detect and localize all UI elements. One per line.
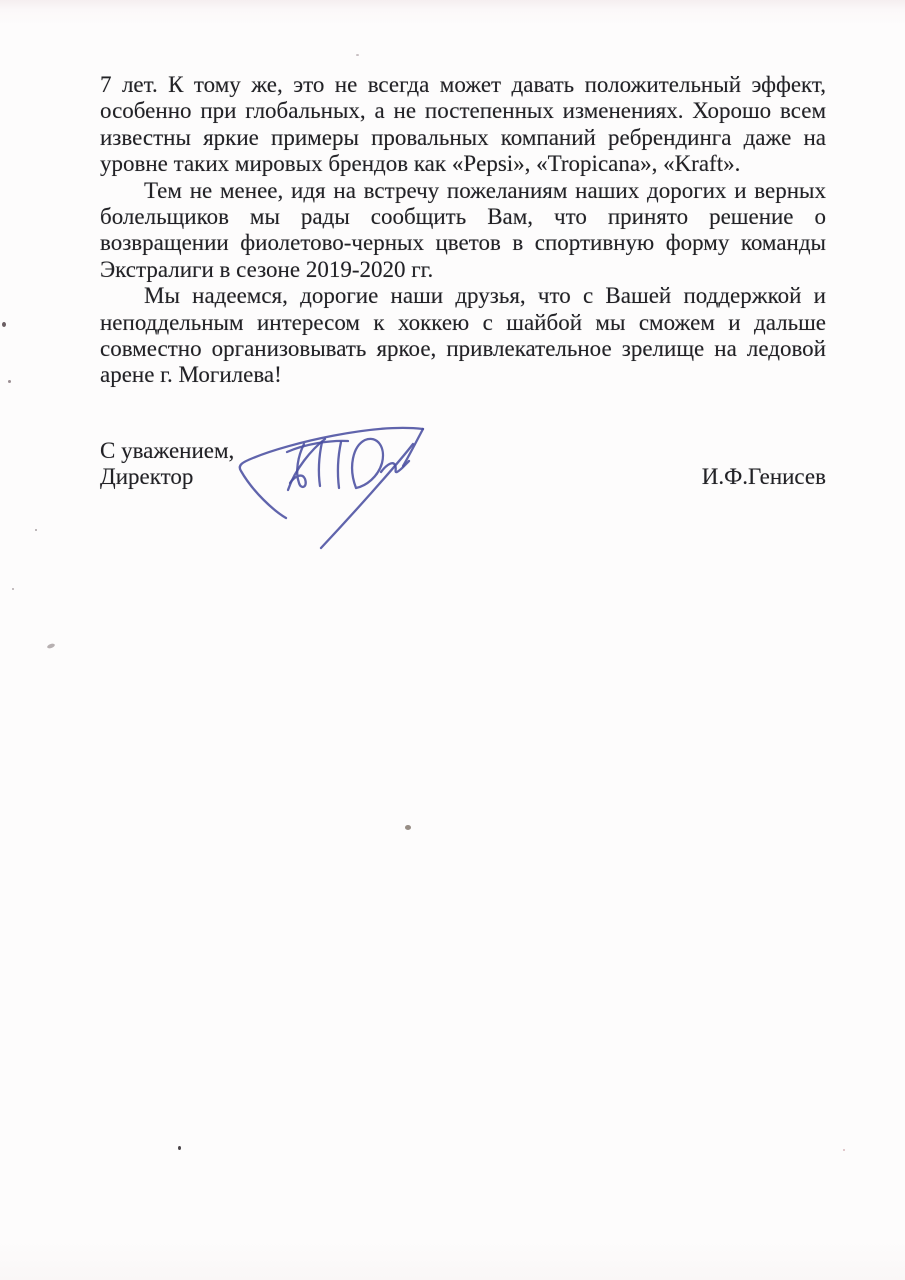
paragraph-3: Мы надеемся, дорогие наши друзья, что с …: [100, 283, 826, 389]
dust-speck: [8, 380, 11, 383]
closing-salutation: С уважением,: [100, 438, 234, 464]
dust-speck: [47, 643, 56, 649]
paragraph-2: Тем не менее, идя на встречу пожеланиям …: [100, 178, 826, 284]
paragraph-1: 7 лет. К тому же, это не всегда может да…: [100, 72, 826, 178]
closing-block: С уважением, Директор И.Ф.Генисев: [100, 438, 826, 491]
dust-speck: [843, 1149, 845, 1151]
signer-position: Директор: [100, 464, 234, 490]
letter-body: 7 лет. К тому же, это не всегда может да…: [100, 72, 826, 491]
closing-left: С уважением, Директор: [100, 438, 234, 491]
dust-speck: [405, 825, 411, 830]
dust-speck: [35, 529, 37, 531]
dust-speck: [2, 322, 6, 327]
dust-speck: [12, 588, 14, 590]
signer-name: И.Ф.Генисев: [702, 464, 826, 490]
dust-speck: [356, 54, 359, 56]
scanned-letter-page: 7 лет. К тому же, это не всегда может да…: [0, 0, 905, 1280]
dust-speck: [178, 1146, 181, 1150]
